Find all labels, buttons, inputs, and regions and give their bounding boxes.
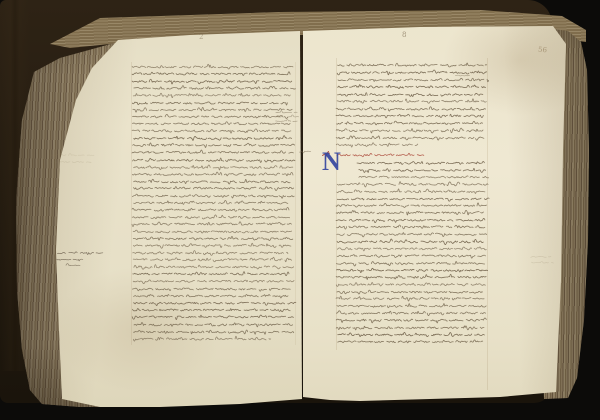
illuminated-initial: N [322, 150, 344, 174]
handwriting-overlay [0, 0, 600, 420]
right-quire-mark: 8 [402, 31, 406, 39]
left-quire-mark: 2 [199, 33, 203, 41]
folio-number: 56 [538, 46, 547, 55]
manuscript-photo: 2 8 56 N [0, 0, 600, 420]
